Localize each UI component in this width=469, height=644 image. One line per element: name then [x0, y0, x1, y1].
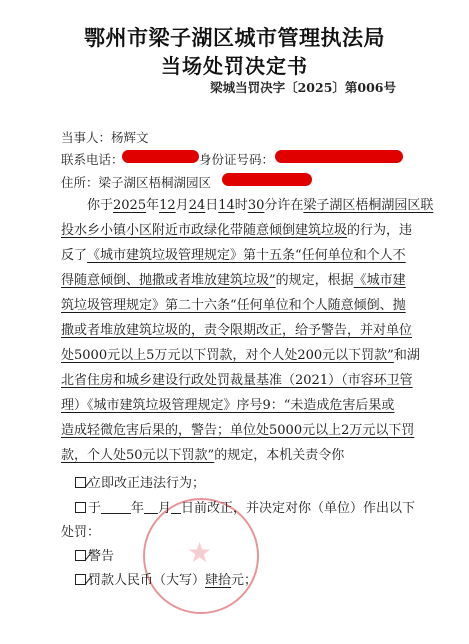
contact-row: 联系电话：: [61, 150, 124, 168]
option-immediate-correction[interactable]: 立即改正违法行为；: [75, 472, 205, 491]
text-segment: 和湖: [394, 348, 420, 363]
paragraph-line: 北省住房和城乡建设行政处罚裁量基准（2021）（市容环卫管: [61, 368, 408, 393]
paragraph-line: 反了《城市建筑垃圾管理规定》第十五条“任何单位和个人不: [61, 243, 408, 268]
year-blank[interactable]: [101, 501, 131, 514]
text-segment: 的规定，根据: [276, 273, 354, 288]
day-label: 日前改正，并决定对你（单位）作出以下: [181, 501, 415, 516]
underlined-fact: 筑垃圾管理规定》第二十六条“任何单位和个人随意倾倒、抛: [61, 298, 406, 313]
address-label: 住所：: [61, 175, 99, 190]
text-segment: 的行为，违: [347, 223, 412, 238]
paragraph-line: 处5000元以上5万元以下罚款，对个人处200元以下罚款”和湖: [61, 343, 408, 368]
underlined-fact: 撒或者堆放建筑垃圾的，责令限期改正，给予警告，并对单位: [61, 323, 412, 338]
paragraph-line: 投水乡小镇小区附近市政绿化带随意倾倒建筑垃圾的行为，违: [61, 218, 408, 243]
text-segment: 的规定，本机关责令你: [214, 448, 344, 463]
agency-title: 鄂州市梁子湖区城市管理执法局: [0, 22, 469, 52]
underlined-fact: 北省住房和城乡建设行政处罚裁量基准（2021）（市容环卫管: [61, 373, 413, 388]
underlined-fact: 得随意倾倒、抛撒或者堆放建筑垃圾”: [61, 273, 276, 288]
checkbox-empty-icon[interactable]: [75, 502, 86, 513]
address-row: 住所：梁子湖区梧桐湖园区: [61, 173, 211, 191]
checkbox-checked-icon[interactable]: [75, 550, 86, 561]
checkbox-checked-icon[interactable]: [75, 574, 86, 585]
month-label: 月: [158, 501, 171, 516]
address-value: 梁子湖区梧桐湖园区: [99, 175, 212, 190]
paragraph-line: 造成轻微危害后果的，警告；单位处5000元以上2万元以下罚: [61, 418, 408, 443]
paragraph-line: 你于2025年12月24日14时30分许在梁子湖区梧桐湖园区联: [61, 193, 408, 218]
option-prefix: 于: [88, 501, 101, 516]
id-label-wrap: 身份证号码：: [199, 150, 274, 168]
paragraph-line: 撒或者堆放建筑垃圾的，责令限期改正，给予警告，并对单位: [61, 318, 408, 343]
text-segment: 月: [176, 198, 189, 213]
month-blank[interactable]: [144, 501, 158, 514]
underlined-fact: 24: [189, 198, 206, 213]
underlined-fact: 12: [159, 198, 176, 213]
text-segment: 分许在: [264, 198, 303, 213]
underlined-fact: 理）《城市建筑垃圾管理规定》序号9：“未造成危害后果或: [61, 398, 394, 413]
underlined-fact: 梁子湖区梧桐湖园区联: [303, 198, 433, 213]
option-fine[interactable]: 罚款人民币（大写）肆拾元；: [75, 569, 257, 588]
text-segment: 反了: [61, 248, 87, 263]
underlined-fact: 14: [218, 198, 235, 213]
underlined-fact: 《城市建: [354, 273, 406, 288]
option-label: 警告: [88, 549, 114, 564]
underlined-fact: 款，个人处50元以下罚款”: [61, 448, 214, 463]
paragraph-line: 款，个人处50元以下罚款”的规定，本机关责令你: [61, 443, 408, 468]
paragraph-line: 得随意倾倒、抛撒或者堆放建筑垃圾”的规定，根据《城市建: [61, 268, 408, 293]
document-title: 当场处罚决定书: [0, 50, 469, 79]
seal-star-icon: ★: [187, 536, 212, 569]
phone-redaction: [122, 150, 199, 163]
id-label: 身份证号码：: [199, 152, 274, 167]
phone-label: 联系电话：: [61, 152, 124, 167]
text-segment: 你于: [87, 198, 113, 213]
fine-amount: 肆拾: [205, 573, 231, 588]
underlined-fact: 《城市建筑垃圾管理规定》第十五条“任何单位和个人不: [87, 248, 406, 263]
underlined-fact: 处5000元以上5万元以下罚款，对个人处200元以下罚款”: [61, 348, 394, 363]
party-name-value: 杨辉文: [111, 130, 149, 145]
paragraph-line: 理）《城市建筑垃圾管理规定》序号9：“未造成危害后果或: [61, 393, 408, 418]
text-segment: 日: [205, 198, 218, 213]
penalty-heading: 处罚：: [61, 521, 100, 540]
option-label: 立即改正违法行为；: [88, 476, 205, 491]
paragraph-line: 筑垃圾管理规定》第二十六条“任何单位和个人随意倾倒、抛: [61, 293, 408, 318]
option-warning[interactable]: 警告: [75, 545, 114, 564]
day-blank[interactable]: [171, 501, 181, 514]
party-name-label: 当事人：: [61, 130, 111, 145]
party-name-row: 当事人：杨辉文: [61, 128, 149, 146]
underlined-fact: 2025: [113, 198, 146, 213]
address-redaction: [222, 173, 312, 186]
violation-paragraph: 你于2025年12月24日14时30分许在梁子湖区梧桐湖园区联投水乡小镇小区附近…: [61, 193, 408, 468]
id-redaction: [275, 150, 403, 163]
option-label: 罚款人民币（大写）: [88, 573, 205, 588]
underlined-fact: 投水乡小镇小区附近市政绿化带随意倾倒建筑垃圾: [61, 223, 347, 238]
checkbox-checked-icon[interactable]: [75, 477, 86, 488]
underlined-fact: 造成轻微危害后果的，警告；单位处5000元以上2万元以下罚: [61, 423, 414, 438]
text-segment: 时: [235, 198, 248, 213]
text-segment: 年: [146, 198, 159, 213]
option-deadline-correction[interactable]: 于年月日前改正，并决定对你（单位）作出以下: [75, 497, 415, 516]
underlined-fact: 30: [248, 198, 265, 213]
fine-suffix: 元；: [231, 573, 257, 588]
year-label: 年: [131, 501, 144, 516]
document-number: 梁城当罚决字〔2025〕第006号: [210, 78, 396, 96]
